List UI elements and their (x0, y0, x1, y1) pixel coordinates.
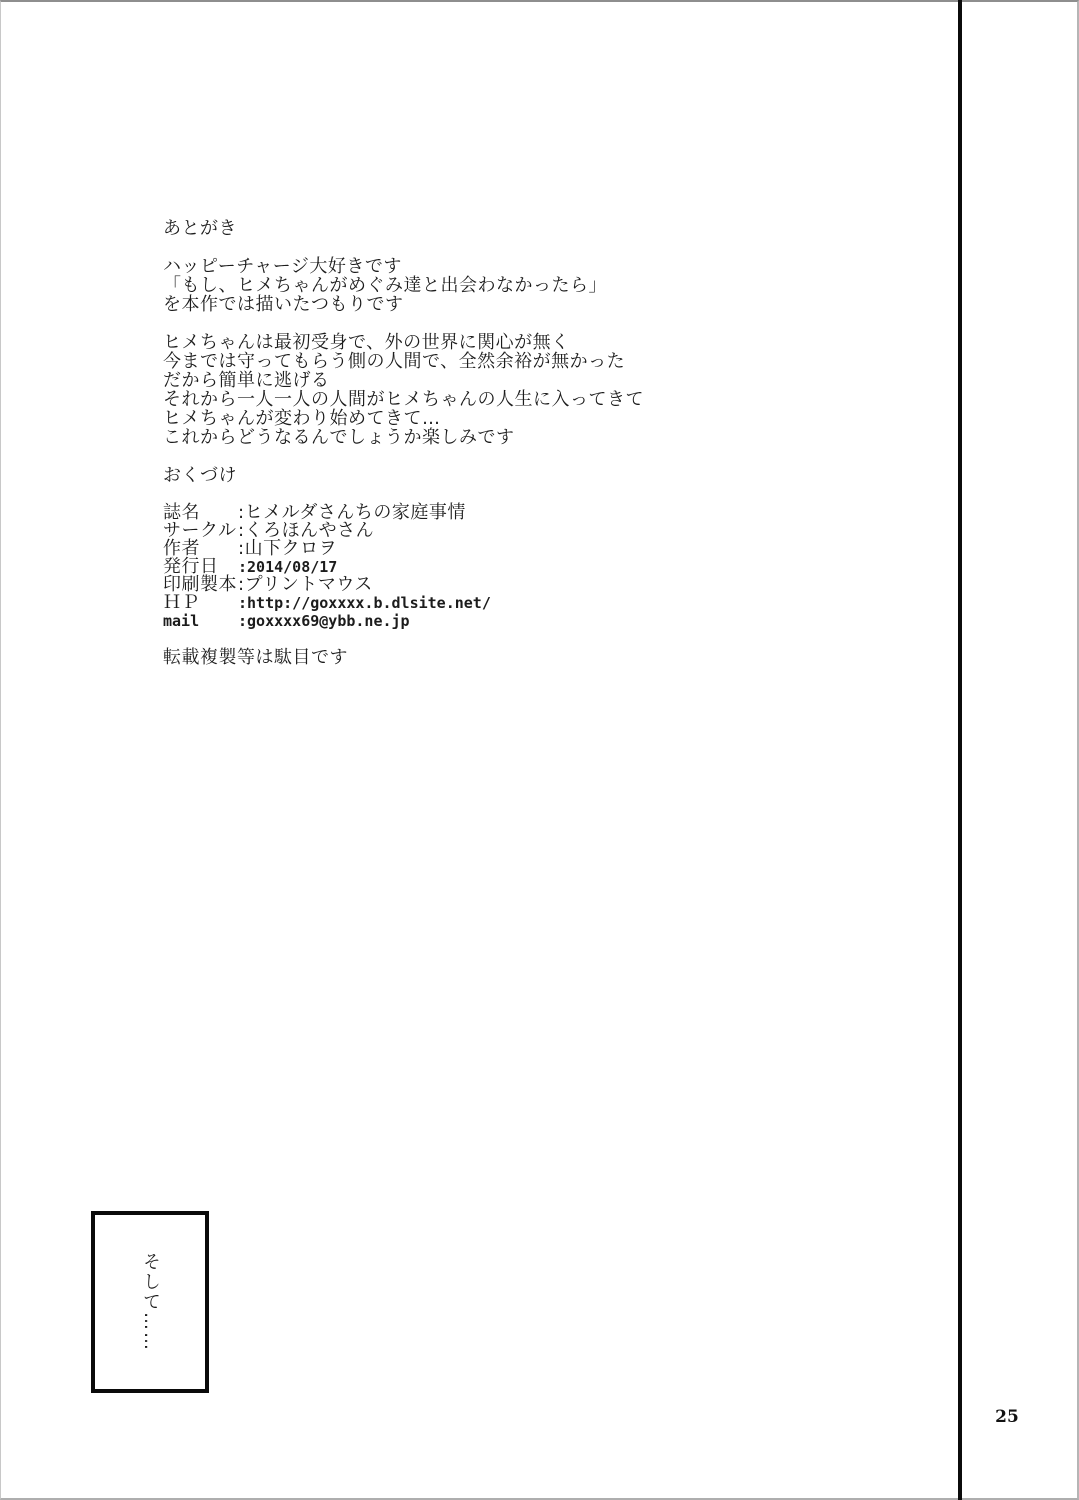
page-number: 25 (960, 1407, 1054, 1427)
text-line: だから簡単に逃げる (163, 371, 823, 390)
colophon-label: mail (163, 612, 238, 630)
colophon-rows: 誌名:ヒメルダさんちの家庭事情サークル:くろほんやさん作者:山下クロヲ発行日:2… (163, 504, 823, 630)
colophon-label: ＨＰ (163, 594, 238, 612)
text-line: ヒメちゃんは最初受身で、外の世界に関心が無く (163, 333, 823, 352)
colophon-value: :goxxxx69@ybb.ne.jp (238, 612, 410, 630)
colophon-row: ＨＰ:http://goxxxx.b.dlsite.net/ (163, 594, 823, 612)
afterword-section: あとがき ハッピーチャージ大好きです「もし、ヒメちゃんがめぐみ達と出会わなかった… (163, 219, 823, 667)
afterword-heading: あとがき (163, 219, 823, 238)
afterword-paragraph-2: ヒメちゃんは最初受身で、外の世界に関心が無く今までは守ってもらう側の人間で、全然… (163, 333, 823, 447)
scanned-page: あとがき ハッピーチャージ大好きです「もし、ヒメちゃんがめぐみ達と出会わなかった… (0, 0, 1079, 1500)
text-line: これからどうなるんでしょうか楽しみです (163, 428, 823, 447)
text-line: を本作では描いたつもりです (163, 295, 823, 314)
afterword-paragraph-1: ハッピーチャージ大好きです「もし、ヒメちゃんがめぐみ達と出会わなかったら」を本作… (163, 257, 823, 314)
text-line: ハッピーチャージ大好きです (163, 257, 823, 276)
colophon-value: :プリントマウス (238, 576, 373, 594)
reprint-notice: 転載複製等は駄目です (163, 648, 823, 667)
text-line: ヒメちゃんが変わり始めてきて… (163, 409, 823, 428)
text-line: 「もし、ヒメちゃんがめぐみ達と出会わなかったら」 (163, 276, 823, 295)
colophon-value: :http://goxxxx.b.dlsite.net/ (238, 594, 491, 612)
text-line: 今までは守ってもらう側の人間で、全然余裕が無かった (163, 352, 823, 371)
spine-rule-line (958, 0, 962, 1500)
colophon-heading: おくづけ (163, 466, 823, 485)
colophon-value: :山下クロヲ (238, 540, 337, 558)
colophon-row: 作者:山下クロヲ (163, 540, 823, 558)
text-line: それから一人一人の人間がヒメちゃんの人生に入ってきて (163, 390, 823, 409)
colophon-row: 印刷製本:プリントマウス (163, 576, 823, 594)
colophon-row: mail:goxxxx69@ybb.ne.jp (163, 612, 823, 630)
manga-panel: そして…… (91, 1211, 209, 1393)
panel-vertical-text: そして…… (140, 1252, 160, 1352)
